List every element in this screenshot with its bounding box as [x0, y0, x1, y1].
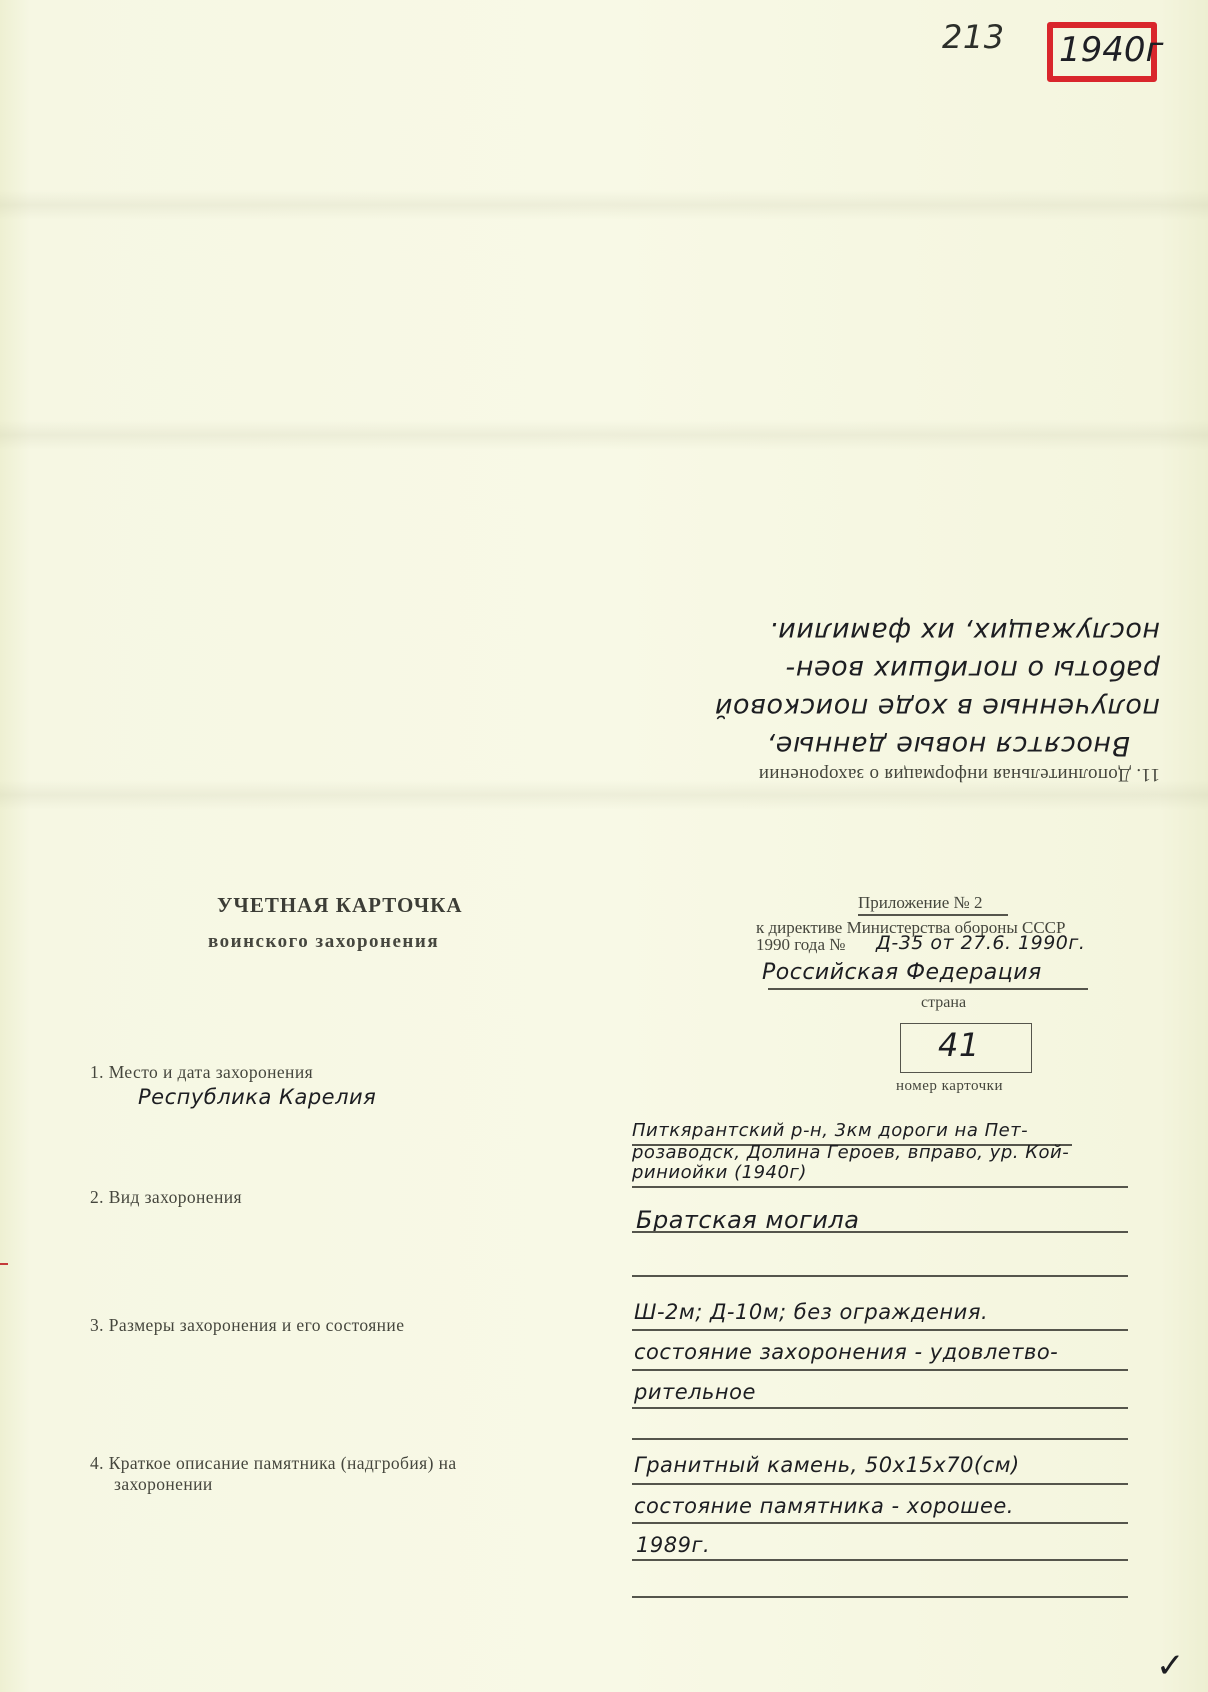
field-3-underline	[632, 1369, 1128, 1371]
directive-line-2: 1990 года №	[756, 935, 845, 955]
field-1-label: 1. Место и дата захоронения	[90, 1062, 313, 1083]
appendix-title: Приложение № 2	[858, 893, 982, 913]
directive-number: Д-35 от 27.6. 1990г.	[876, 932, 1085, 954]
additional-info-line: работы о погибших воен-	[785, 654, 1160, 685]
field-2-value: Братская могила	[636, 1206, 859, 1234]
additional-info-label: 11. Дополнительная информация о захороне…	[759, 763, 1160, 785]
field-4-underline	[632, 1596, 1128, 1598]
field-2-underline	[632, 1231, 1128, 1233]
field-4-underline	[632, 1522, 1128, 1524]
red-margin-mark	[0, 1263, 8, 1265]
field-3-label: 3. Размеры захоронения и его состояние	[90, 1315, 404, 1336]
field-3-underline	[632, 1329, 1128, 1331]
field-4-value-line: состояние памятника - хорошее.	[634, 1494, 1014, 1518]
field-4-value-line: 1989г.	[636, 1533, 710, 1557]
field-3-value-line: состояние захоронения - удовлетво-	[634, 1340, 1058, 1364]
appendix-underline	[858, 914, 1008, 916]
country-underline	[768, 988, 1088, 990]
check-mark-icon: ✓	[1156, 1646, 1185, 1686]
additional-info-line: нослужащих, их фамилии.	[769, 616, 1160, 647]
additional-info-section: 11. Дополнительная информация о захороне…	[640, 605, 1160, 785]
field-2-underline	[632, 1275, 1128, 1277]
additional-info-line: полученные в ходе поисковой	[714, 692, 1160, 723]
field-1-region: Республика Карелия	[138, 1085, 376, 1109]
paper-fold	[0, 420, 1208, 450]
year-stamp-text: 1940г	[1059, 30, 1163, 70]
field-3-underline	[632, 1407, 1128, 1409]
country-value: Российская Федерация	[762, 960, 1042, 985]
field-4-label: 4. Краткое описание памятника (надгробия…	[90, 1453, 457, 1474]
country-label: страна	[921, 994, 966, 1012]
field-4-label-cont: захоронении	[114, 1474, 213, 1495]
year-stamp: 1940г	[1047, 22, 1157, 82]
field-4-value-line: Гранитный камень, 50х15х70(см)	[634, 1453, 1020, 1477]
field-3-value-line: Ш-2м; Д-10м; без ограждения.	[634, 1300, 988, 1324]
field-3-underline	[632, 1438, 1128, 1440]
field-1-value-line: розаводск, Долина Героев, вправо, ур. Ко…	[632, 1142, 1069, 1163]
field-1-underline	[632, 1186, 1128, 1188]
field-1-value-line: Питкярантский р-н, 3км дороги на Пет-	[632, 1120, 1028, 1141]
paper-fold	[0, 190, 1208, 220]
field-3-value-line: рительное	[634, 1380, 756, 1404]
card-subtitle: воинского захоронения	[208, 931, 439, 953]
field-4-underline	[632, 1483, 1128, 1485]
field-1-value-line: риниойки (1940г)	[632, 1162, 807, 1183]
field-4-underline	[632, 1559, 1128, 1561]
card-title: УЧЕТНАЯ КАРТОЧКА	[217, 893, 463, 918]
archive-number: 213	[942, 18, 1005, 56]
card-number-value: 41	[938, 1026, 980, 1064]
card-number-label: номер карточки	[896, 1078, 1003, 1095]
additional-info-line: Вносятся новые данные,	[766, 730, 1130, 761]
field-2-label: 2. Вид захоронения	[90, 1187, 242, 1208]
